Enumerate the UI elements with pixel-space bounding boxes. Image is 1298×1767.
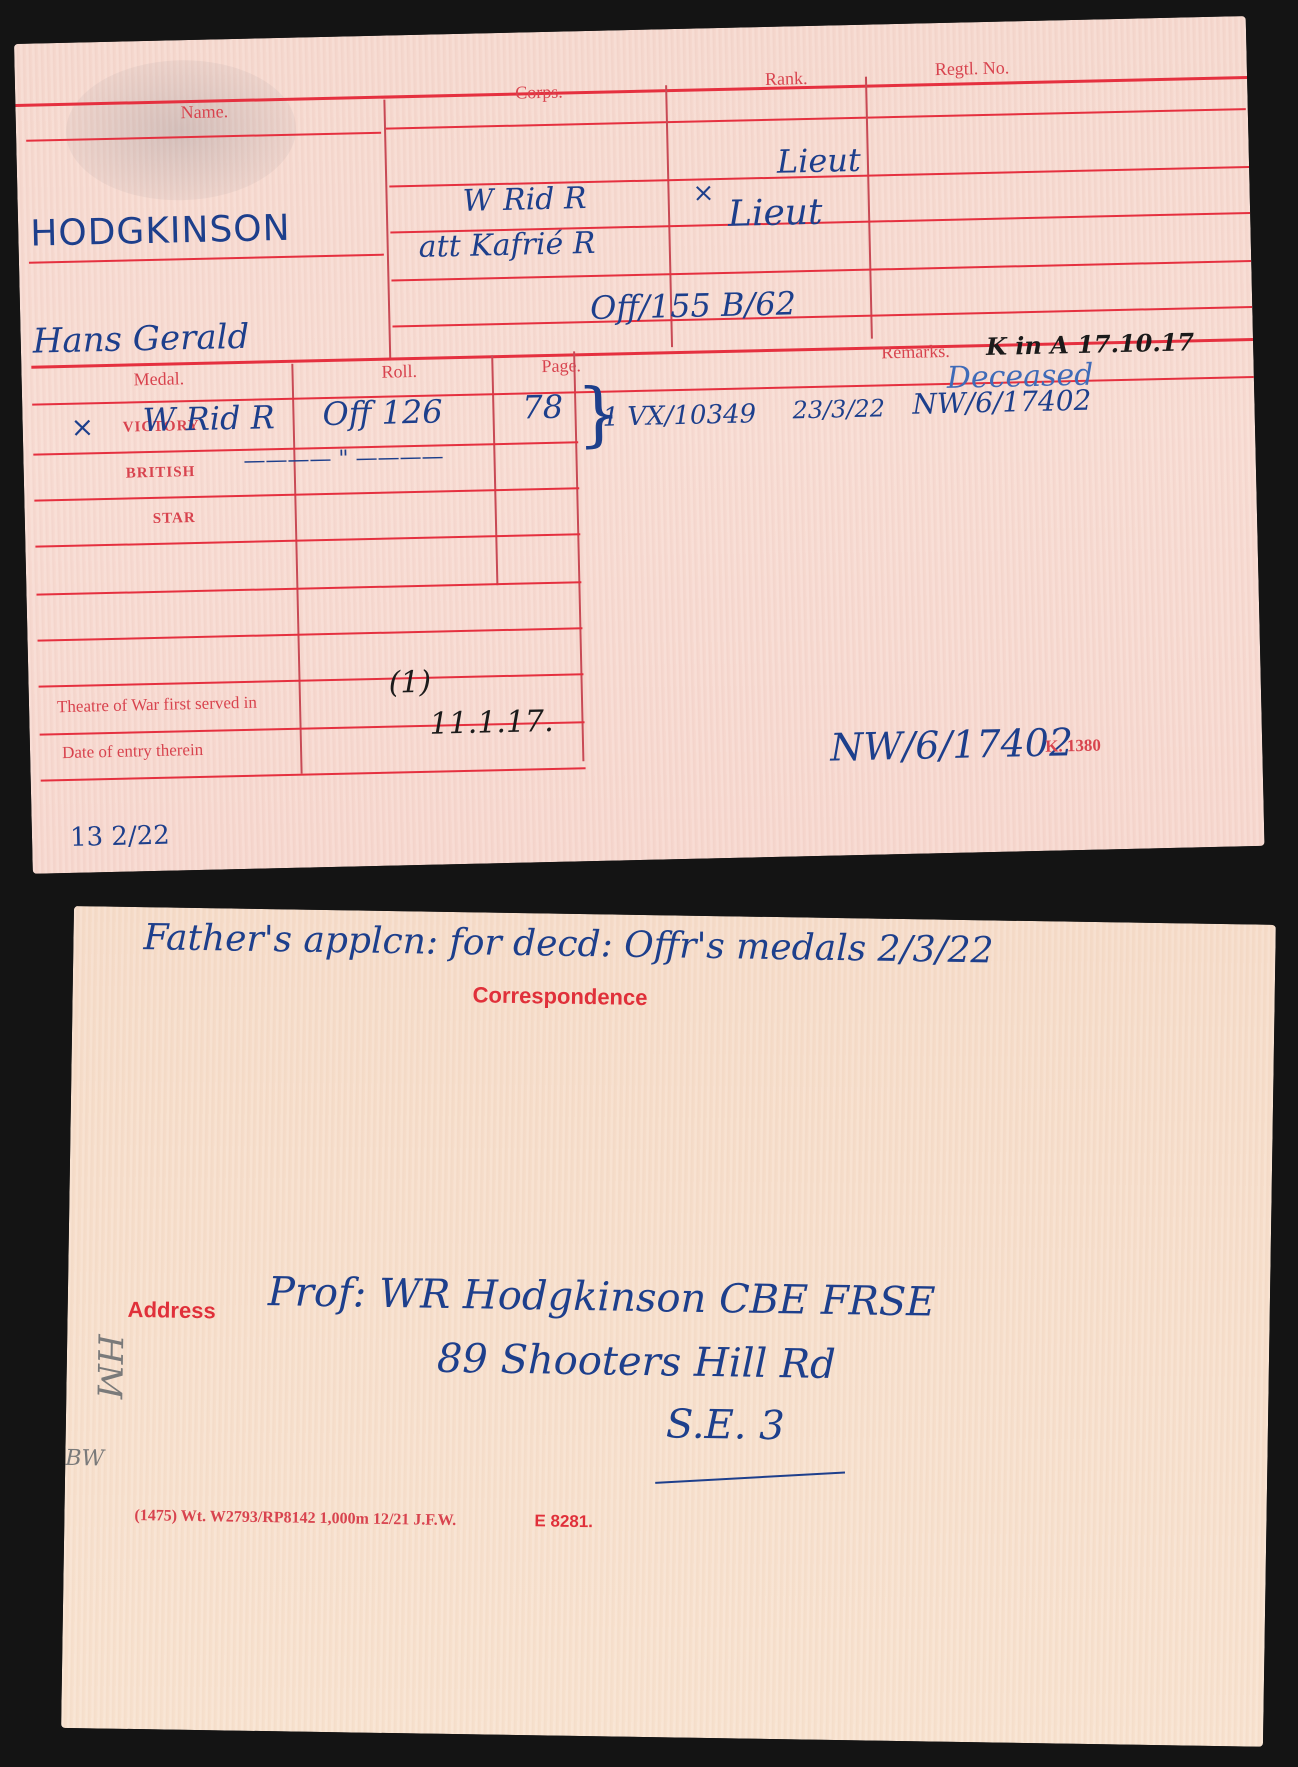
theatre-label: Theatre of War first served in	[57, 693, 257, 718]
date-entry-label: Date of entry therein	[62, 740, 204, 763]
header-name: Name.	[180, 101, 228, 123]
theatre-entry: (1)	[388, 665, 431, 701]
rule-line	[38, 627, 583, 641]
header-corps: Corps.	[515, 82, 563, 104]
header-regtl-no: Regtl. No.	[935, 57, 1010, 80]
victory-unit: W Rid R	[142, 398, 275, 439]
corner-note: 13 2/22	[70, 821, 170, 853]
officer-reference: Off/155 B/62	[590, 284, 797, 327]
rule-line	[35, 533, 580, 547]
address-label: Address	[127, 1297, 215, 1324]
rank-entry-2: Lieut	[728, 192, 823, 235]
medal-british: BRITISH	[126, 464, 196, 483]
corps-entry-1: W Rid R	[462, 181, 587, 219]
underline-stroke	[655, 1472, 845, 1484]
header-rank: Rank.	[765, 68, 808, 90]
rule-line	[39, 673, 584, 687]
rank-mark: ×	[692, 178, 714, 208]
column-divider	[491, 355, 498, 585]
roll-reference: 1 VX/10349	[602, 399, 756, 432]
rule-line	[34, 487, 579, 501]
rule-line	[29, 254, 384, 264]
rule-line	[386, 108, 1246, 130]
printer-code: E 8281.	[534, 1511, 593, 1532]
column-divider	[291, 364, 302, 774]
address-line-3: S.E. 3	[666, 1401, 785, 1449]
medal-star: STAR	[153, 510, 196, 528]
form-number: K. 1380	[1045, 736, 1101, 757]
date-entry: 11.1.17.	[429, 704, 554, 742]
column-divider	[383, 100, 391, 360]
pencil-initials-1: HM	[88, 1334, 129, 1399]
remarks-deceased: Deceased	[946, 358, 1093, 396]
correspondence-note: Father's applcn: for decd: Offr's medals…	[143, 917, 994, 971]
printer-line: (1475) Wt. W2793/RP8142 1,000m 12/21 J.F…	[134, 1507, 456, 1530]
rule-line	[36, 581, 581, 595]
issue-date: 23/3/22	[792, 394, 885, 424]
surname-entry: HODGKINSON	[30, 208, 291, 255]
header-medal: Medal.	[133, 368, 184, 390]
header-remarks: Remarks.	[881, 341, 950, 364]
remarks-killed-in-action: K in A 17.10.17	[986, 327, 1195, 361]
rule-line	[392, 306, 1252, 328]
pencil-initials-2: BW	[65, 1446, 104, 1472]
header-roll: Roll.	[381, 361, 417, 383]
ink-smudge	[64, 58, 297, 203]
correspondence-title: Correspondence	[472, 982, 647, 1011]
victory-roll: Off 126	[322, 392, 443, 433]
medal-index-card-back: Father's applcn: for decd: Offr's medals…	[61, 906, 1276, 1747]
british-ditto: ———— " ————	[243, 444, 444, 474]
victory-page: 78	[522, 388, 564, 427]
medal-index-card-front: Name. Corps. Rank. Regtl. No. HODGKINSON…	[14, 16, 1265, 874]
file-reference: NW/6/17402	[830, 720, 1074, 770]
corps-entry-2: att Kafrié R	[418, 226, 595, 265]
forenames-entry: Hans Gerald	[32, 317, 249, 362]
rank-entry-1: Lieut	[776, 141, 861, 181]
victory-mark: ×	[70, 410, 94, 444]
address-line-1: Prof: WR Hodgkinson CBE FRSE	[268, 1269, 936, 1325]
rule-line	[41, 767, 586, 781]
rule-line	[391, 260, 1251, 282]
address-line-2: 89 Shooters Hill Rd	[437, 1336, 836, 1388]
